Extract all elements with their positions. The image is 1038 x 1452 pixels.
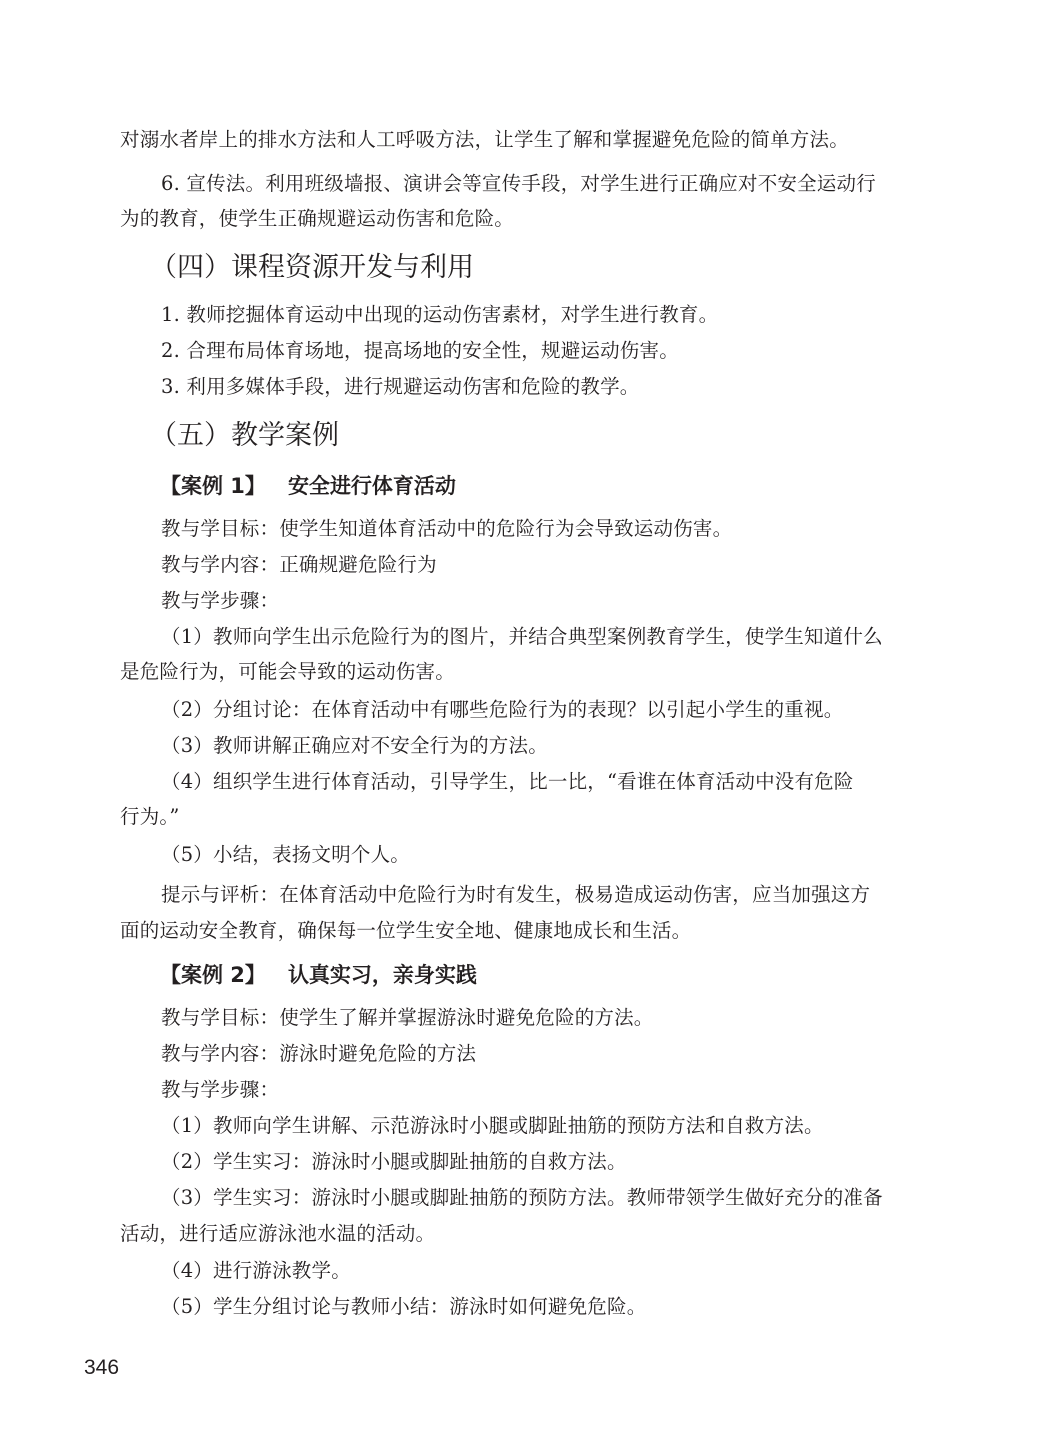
case-2-step-1: （1）教师向学生讲解、示范游泳时小腿或脚趾抽筋的预防方法和自救方法。 [161,1114,981,1138]
case-2-steps-label: 教与学步骤： [161,1078,981,1102]
section-heading-5: （五）教学案例 [150,420,339,452]
case-1-title: 安全进行体育活动 [288,474,456,498]
case-1-tips-b: 面的运动安全教育，确保每一位学生安全地、健康地成长和生活。 [120,919,940,943]
case-1-content: 教与学内容：正确规避危险行为 [161,553,981,577]
case-1-step-3: （3）教师讲解正确应对不安全行为的方法。 [161,734,981,758]
case-1-heading: 【案例 1】安全进行体育活动 [160,473,456,499]
case-1-steps-label: 教与学步骤： [161,589,981,613]
case-2-title: 认真实习，亲身实践 [288,963,477,987]
case-1-step-2: （2）分组讨论：在体育活动中有哪些危险行为的表现？以引起小学生的重视。 [161,698,981,722]
case-2-content: 教与学内容：游泳时避免危险的方法 [161,1042,981,1066]
case-2-heading: 【案例 2】认真实习，亲身实践 [160,962,477,988]
case-2-step-2: （2）学生实习：游泳时小腿或脚趾抽筋的自救方法。 [161,1150,981,1174]
section-heading-4: （四）课程资源开发与利用 [150,252,474,284]
case-1-step-4a: （4）组织学生进行体育活动，引导学生，比一比，“看谁在体育活动中没有危险 [161,770,981,794]
case-1-goal: 教与学目标：使学生知道体育活动中的危险行为会导致运动伤害。 [161,517,981,541]
case-1-step-1a: （1）教师向学生出示危险行为的图片，并结合典型案例教育学生，使学生知道什么 [161,625,981,649]
intro-line-3: 为的教育，使学生正确规避运动伤害和危险。 [120,207,940,231]
case-2-tag: 【案例 2】 [160,963,266,987]
page-number: 346 [84,1356,119,1380]
resource-item-1: 1. 教师挖掘体育运动中出现的运动伤害素材，对学生进行教育。 [161,303,981,327]
resource-item-2: 2. 合理布局体育场地，提高场地的安全性，规避运动伤害。 [161,339,981,363]
document-page: 对溺水者岸上的排水方法和人工呼吸方法，让学生了解和掌握避免危险的简单方法。 6.… [0,0,1038,1452]
intro-line-2: 6. 宣传法。利用班级墙报、演讲会等宣传手段，对学生进行正确应对不安全运动行 [161,172,981,196]
case-1-tips-a: 提示与评析：在体育活动中危险行为时有发生，极易造成运动伤害，应当加强这方 [161,883,981,907]
case-1-step-4b: 行为。” [120,805,940,829]
case-2-step-3a: （3）学生实习：游泳时小腿或脚趾抽筋的预防方法。教师带领学生做好充分的准备 [161,1186,981,1210]
case-1-step-1b: 是危险行为，可能会导致的运动伤害。 [120,660,940,684]
case-1-tag: 【案例 1】 [160,474,266,498]
resource-item-3: 3. 利用多媒体手段，进行规避运动伤害和危险的教学。 [161,375,981,399]
case-2-goal: 教与学目标：使学生了解并掌握游泳时避免危险的方法。 [161,1006,981,1030]
case-2-step-3b: 活动，进行适应游泳池水温的活动。 [120,1222,940,1246]
case-2-step-4: （4）进行游泳教学。 [161,1259,981,1283]
case-1-step-5: （5）小结，表扬文明个人。 [161,843,981,867]
intro-line-1: 对溺水者岸上的排水方法和人工呼吸方法，让学生了解和掌握避免危险的简单方法。 [120,128,940,152]
case-2-step-5: （5）学生分组讨论与教师小结：游泳时如何避免危险。 [161,1295,981,1319]
